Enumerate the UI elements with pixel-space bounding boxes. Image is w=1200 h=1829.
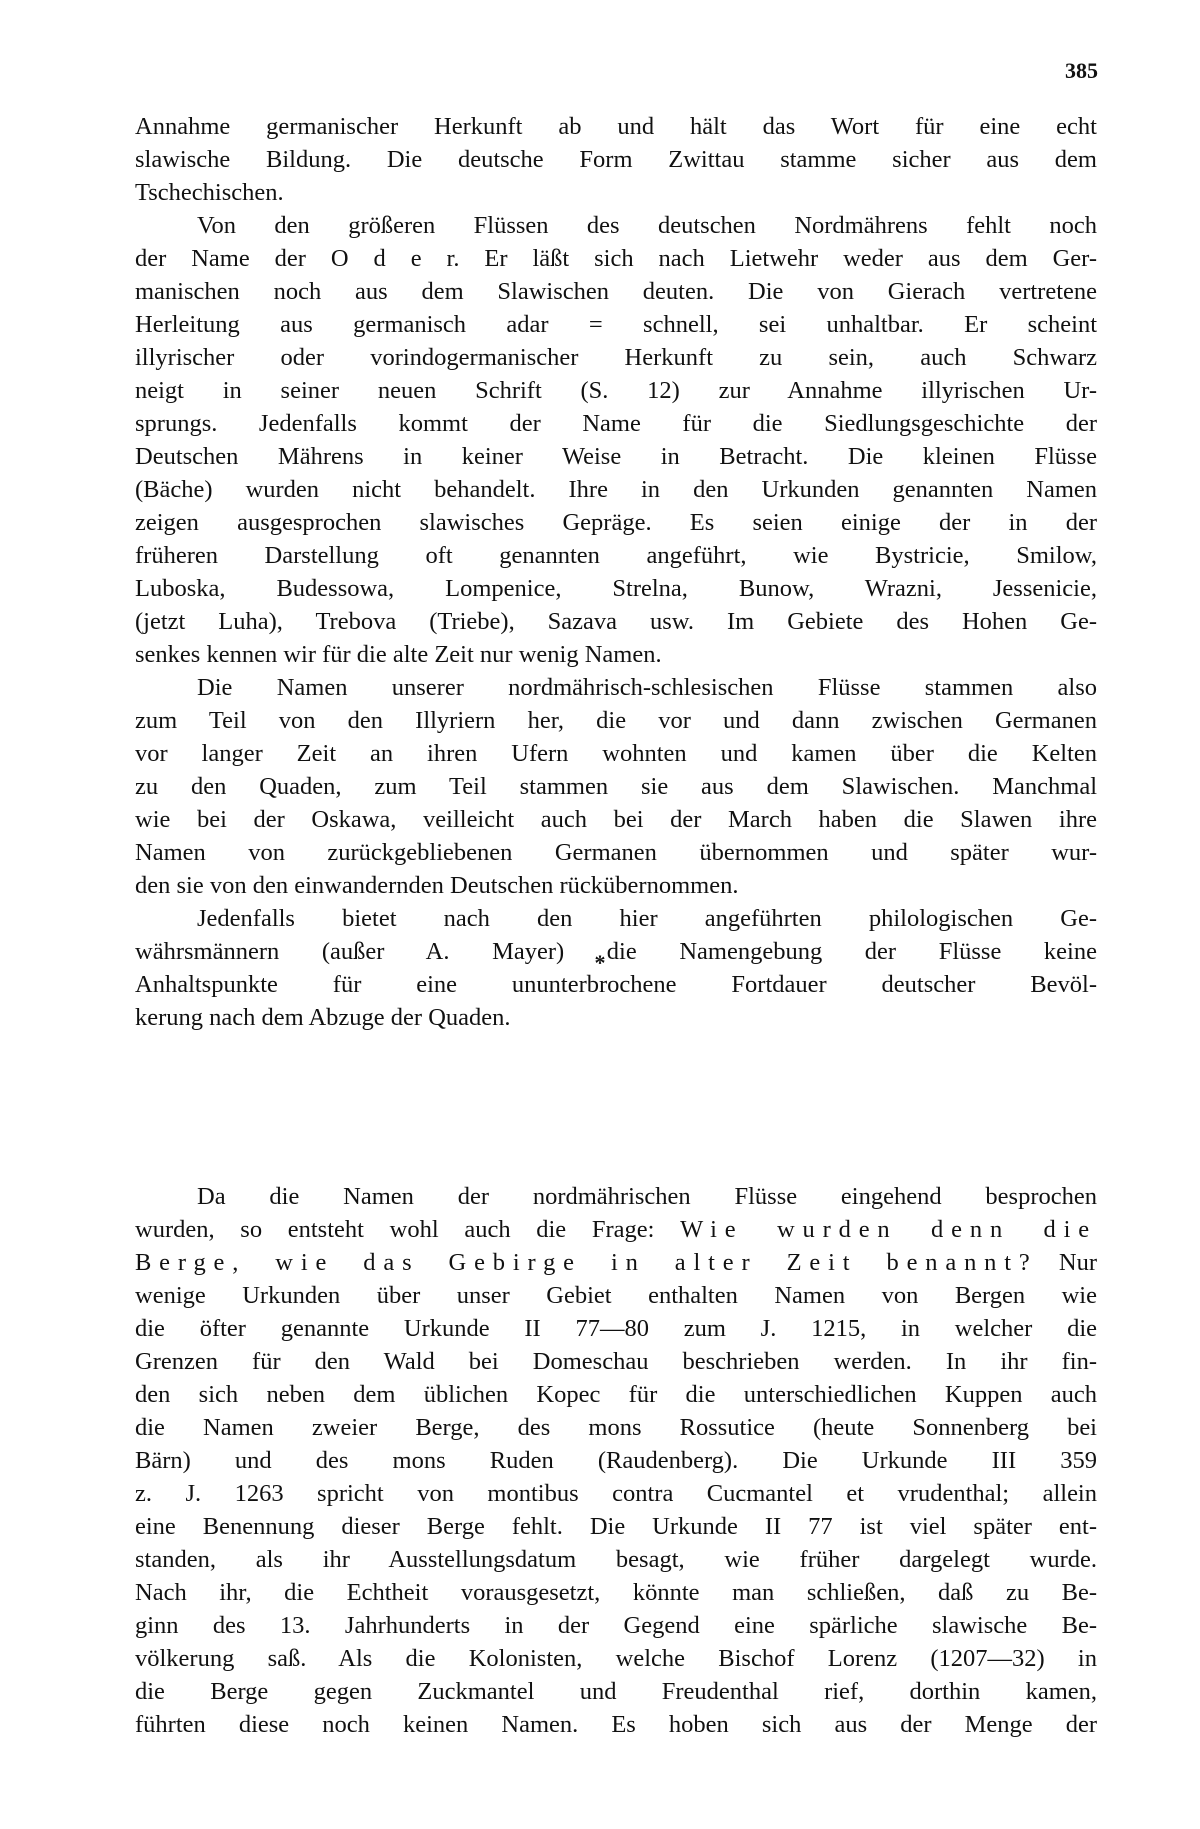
paragraph-block-rivers: Annahme germanischer Herkunft ab und häl… [135,110,1097,1034]
text-line: standen, als ihr Ausstellungsdatum besag… [135,1543,1097,1576]
emphasized-question: Berge, wie das Gebirge in alter Zeit ben… [135,1249,1038,1276]
text-line: früheren Darstellung oft genannten angef… [135,539,1097,572]
text-line: die öfter genannte Urkunde II 77—80 zum … [135,1312,1097,1345]
section-separator-asterisk: * [0,950,1200,976]
text-line: kerung nach dem Abzuge der Quaden. [135,1001,1097,1034]
text-line-with-emphasis: Berge, wie das Gebirge in alter Zeit ben… [135,1246,1097,1279]
text-line: führten diese noch keinen Namen. Es hobe… [135,1708,1097,1741]
text-line: Nach ihr, die Echtheit vorausgesetzt, kö… [135,1576,1097,1609]
text-line: Da die Namen der nordmährischen Flüsse e… [135,1180,1097,1213]
text-line: Namen von zurückgebliebenen Germanen übe… [135,836,1097,869]
text-line: slawische Bildung. Die deutsche Form Zwi… [135,143,1097,176]
text-line: manischen noch aus dem Slawischen deuten… [135,275,1097,308]
text-line: Tschechischen. [135,176,1097,209]
text-line: den sich neben dem üblichen Kopec für di… [135,1378,1097,1411]
text-line: ginn des 13. Jahrhunderts in der Gegend … [135,1609,1097,1642]
text-segment: Nur [1038,1249,1097,1276]
paragraph-block-mountains: Da die Namen der nordmährischen Flüsse e… [135,1180,1097,1741]
text-line: den sie von den einwandernden Deutschen … [135,869,1097,902]
text-line: wenige Urkunden über unser Gebiet enthal… [135,1279,1097,1312]
text-line: die Namen zweier Berge, des mons Rossuti… [135,1411,1097,1444]
text-line: sprungs. Jedenfalls kommt der Name für d… [135,407,1097,440]
text-line: Bärn) und des mons Ruden (Raudenberg). D… [135,1444,1097,1477]
page-number: 385 [1048,58,1098,84]
text-line: (Bäche) wurden nicht behandelt. Ihre in … [135,473,1097,506]
text-line: senkes kennen wir für die alte Zeit nur … [135,638,1097,671]
text-line: illyrischer oder vorindogermanischer Her… [135,341,1097,374]
text-line: Jedenfalls bietet nach den hier angeführ… [135,902,1097,935]
text-line: Herleitung aus germanisch adar = schnell… [135,308,1097,341]
text-line: Die Namen unserer nordmährisch-schlesisc… [135,671,1097,704]
emphasized-question: Wie wurden denn die [680,1216,1097,1243]
text-line: zu den Quaden, zum Teil stammen sie aus … [135,770,1097,803]
text-line: neigt in seiner neuen Schrift (S. 12) zu… [135,374,1097,407]
text-segment: wurden, so entsteht wohl auch die Frage: [135,1216,680,1243]
text-line: Von den größeren Flüssen des deutschen N… [135,209,1097,242]
text-line: Annahme germanischer Herkunft ab und häl… [135,110,1097,143]
text-line: völkerung saß. Als die Kolonisten, welch… [135,1642,1097,1675]
text-line: Grenzen für den Wald bei Domeschau besch… [135,1345,1097,1378]
text-line-with-emphasis: wurden, so entsteht wohl auch die Frage:… [135,1213,1097,1246]
text-line: eine Benennung dieser Berge fehlt. Die U… [135,1510,1097,1543]
text-line: zum Teil von den Illyriern her, die vor … [135,704,1097,737]
text-line: zeigen ausgesprochen slawisches Gepräge.… [135,506,1097,539]
text-line: vor langer Zeit an ihren Ufern wohnten u… [135,737,1097,770]
text-line: z. J. 1263 spricht von montibus contra C… [135,1477,1097,1510]
text-line: wie bei der Oskawa, veilleicht auch bei … [135,803,1097,836]
text-line: Deutschen Mährens in keiner Weise in Bet… [135,440,1097,473]
text-line: (jetzt Luha), Trebova (Triebe), Sazava u… [135,605,1097,638]
text-line: Luboska, Budessowa, Lompenice, Strelna, … [135,572,1097,605]
text-line: die Berge gegen Zuckmantel und Freudenth… [135,1675,1097,1708]
text-line: der Name der O d e r. Er läßt sich nach … [135,242,1097,275]
